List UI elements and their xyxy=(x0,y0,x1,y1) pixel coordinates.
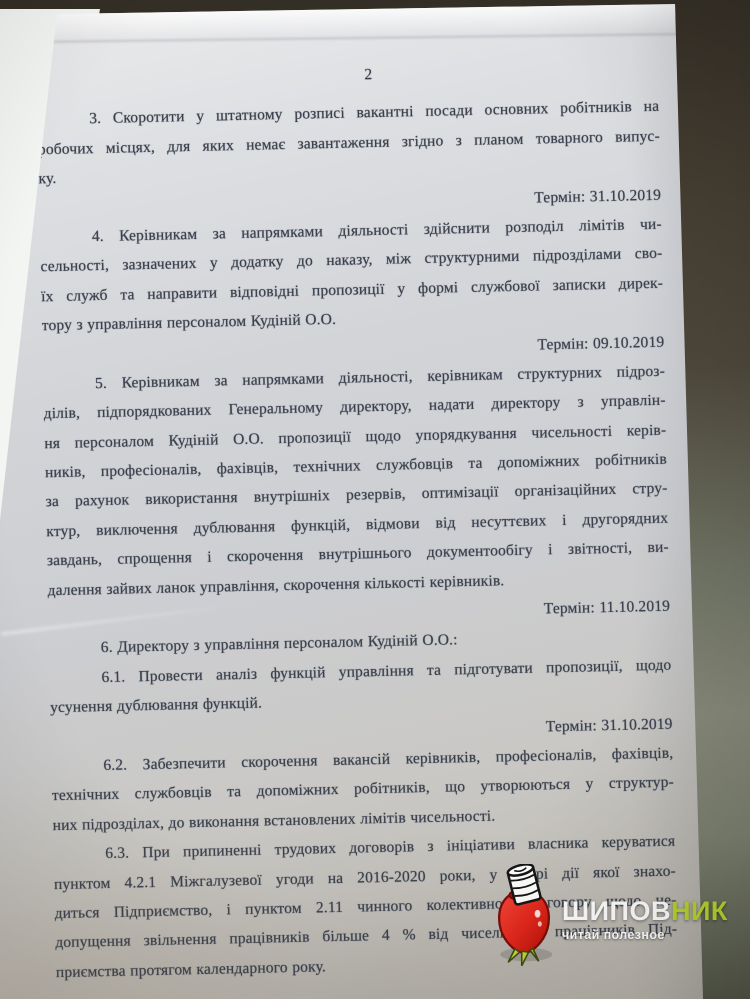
document-line: ників, професіоналів, фахівців, технічни… xyxy=(45,445,667,488)
paragraph: 6.2. Забезпечити скорочення вакансій кер… xyxy=(51,739,675,841)
document-line: сельності, зазначених у додатку до наказ… xyxy=(40,239,662,282)
brand-accent: НИК xyxy=(671,896,728,926)
document-line: усунення дублювання функцій. xyxy=(50,680,672,723)
document-line: за рахунок використання внутрішніх резер… xyxy=(45,474,667,517)
paragraph: 4. Керівникам за напрямками діяльності з… xyxy=(40,210,664,341)
document-line: 6.2. Забезпечити скорочення вакансій кер… xyxy=(51,739,673,782)
document-line: завдань, спрощення і скорочення внутрішн… xyxy=(47,533,669,576)
document-line: ктур, виключення дублювання функцій, від… xyxy=(46,504,668,547)
document-text: 2 3. Скоротити у штатному розписі вакант… xyxy=(36,54,678,987)
document-line: технічних службовців та допоміжних робіт… xyxy=(52,768,674,811)
page-crease xyxy=(1,603,240,635)
document-line: 6. Директору з управління персоналом Куд… xyxy=(49,621,671,664)
brand-name: ШИПОВНИК xyxy=(562,898,728,925)
watermark-text: ШИПОВНИК читай полезное xyxy=(562,898,728,942)
document-line: ділів, підпорядкованих Генеральному дире… xyxy=(43,386,665,429)
document-line: 4. Керівникам за напрямками діяльності з… xyxy=(40,210,662,253)
document-line: їх служб та направити відповідні пропози… xyxy=(41,268,663,311)
term-line: Термін: 11.10.2019 xyxy=(48,592,670,635)
watermark: ШИПОВНИК читай полезное xyxy=(483,864,728,974)
document-line: тору з управління персоналом Кудіній О.О… xyxy=(41,298,663,341)
document-line: робочих місцях, для яких немає завантаже… xyxy=(38,122,660,165)
rosehip-scroll-icon xyxy=(483,864,565,968)
paragraph: 5. Керівникам за напрямками діяльності, … xyxy=(43,357,670,606)
document-line: ку. xyxy=(38,151,660,194)
paragraph: 3. Скоротити у штатному розписі вакантні… xyxy=(37,92,661,194)
document-line: них підрозділах, до виконання встановлен… xyxy=(52,797,674,840)
page-number: 2 xyxy=(36,54,658,97)
term-line: Термін: 31.10.2019 xyxy=(50,709,672,752)
document-body: 3. Скоротити у штатному розписі вакантні… xyxy=(37,92,678,987)
document-line: 6.1. Провести аналіз функцій управління … xyxy=(49,650,671,693)
term-line: Термін: 09.10.2019 xyxy=(42,327,664,370)
document-line: ня персоналом Кудіній О.О. пропозиції що… xyxy=(44,415,666,458)
paragraph: 6. Директору з управління персоналом Куд… xyxy=(49,621,671,664)
brand-tagline: читай полезное xyxy=(562,928,728,942)
document-page: 2 3. Скоротити у штатному розписі вакант… xyxy=(0,0,750,999)
page-fold-crease xyxy=(0,33,686,43)
document-line: 5. Керівникам за напрямками діяльності, … xyxy=(43,357,665,400)
document-line: 3. Скоротити у штатному розписі вакантні… xyxy=(37,92,659,135)
term-line: Термін: 31.10.2019 xyxy=(39,180,661,223)
paragraph: 6.1. Провести аналіз функцій управління … xyxy=(49,650,672,722)
brand-main: ШИПОВ xyxy=(562,896,671,926)
document-line: далення зайвих ланок управління, скороче… xyxy=(47,562,669,605)
